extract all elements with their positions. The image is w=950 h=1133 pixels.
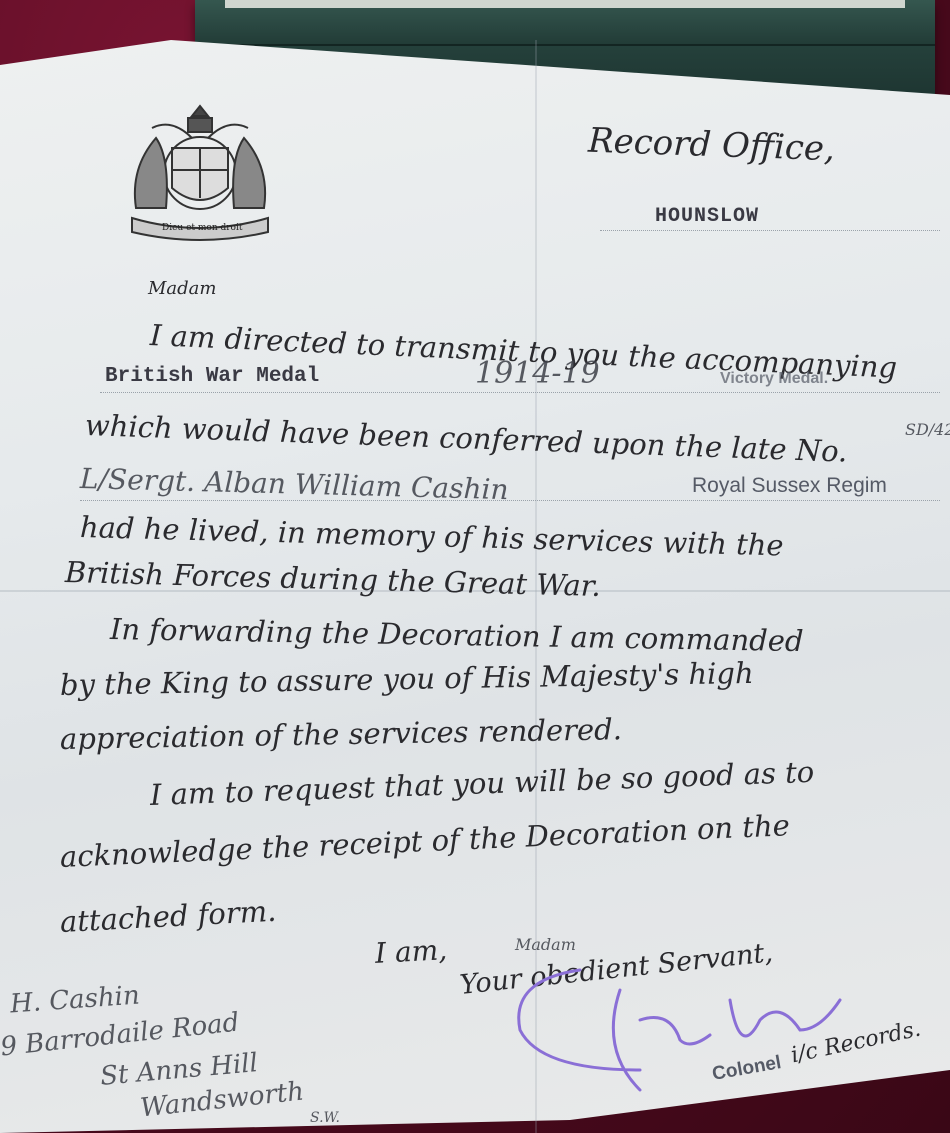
salutation: Madam bbox=[148, 278, 216, 299]
regiment-stamp: Royal Sussex Regim bbox=[692, 474, 887, 498]
royal-crest-icon: Dieu et mon droit bbox=[122, 98, 278, 244]
name-line bbox=[80, 500, 940, 501]
medal-years: 1914-19 bbox=[475, 356, 600, 391]
medal-line bbox=[100, 392, 940, 393]
signature-icon bbox=[500, 950, 900, 1100]
hounslow-stamp: HOUNSLOW bbox=[655, 205, 759, 228]
closing-i-am: I am, bbox=[374, 933, 448, 970]
record-office-heading: Record Office, bbox=[587, 121, 835, 170]
medal-box-lining bbox=[225, 0, 905, 8]
victory-medal-stamp: Victory Medal. bbox=[720, 370, 828, 388]
service-number: SD/42 bbox=[905, 420, 950, 439]
address-district: S.W. bbox=[310, 1110, 340, 1126]
british-war-medal-stamp: British War Medal bbox=[105, 365, 319, 388]
address-line bbox=[600, 230, 940, 231]
svg-text:Dieu et mon droit: Dieu et mon droit bbox=[162, 223, 243, 233]
